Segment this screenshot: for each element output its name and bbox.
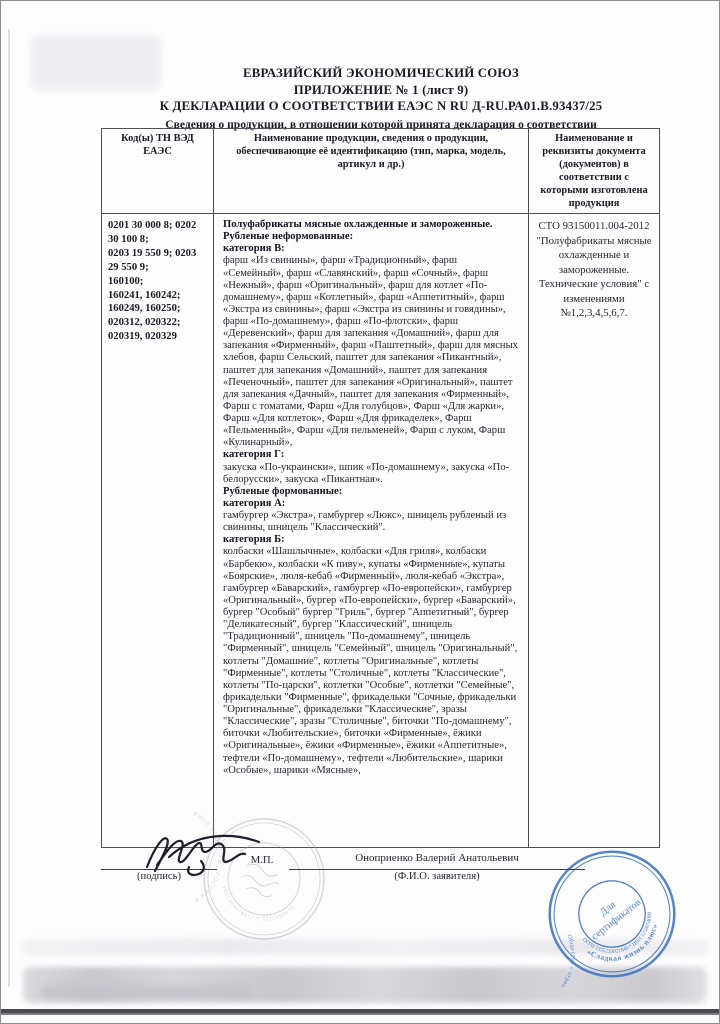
product-text-segment: фарш «Из свинины», фарш «Традиционный», … xyxy=(223,255,520,449)
applicant-line xyxy=(289,869,585,870)
product-text-segment: колбаски «Шашлычные», колбаски «Для грил… xyxy=(223,546,520,776)
document-ref-cell: СТО 93150011.004-2012 "Полуфабрикаты мяс… xyxy=(528,214,659,847)
product-text-segment: категория Б: xyxy=(223,534,520,546)
product-text-segment: категория Г: xyxy=(223,449,520,461)
product-text-segment: категория А: xyxy=(223,498,520,510)
product-text-segment: гамбургер «Экстра», гамбургер «Люкс», шн… xyxy=(223,510,520,534)
product-text-segment: Рубленые формованные: xyxy=(223,486,520,498)
scan-bottom-edge-light xyxy=(1,1013,719,1015)
table-row: 0201 30 000 8; 0202 30 100 8; 0203 19 55… xyxy=(102,214,659,847)
codes-cell: 0201 30 000 8; 0202 30 100 8; 0203 19 55… xyxy=(102,214,213,847)
document-header: ЕВРАЗИЙСКИЙ ЭКОНОМИЧЕСКИЙ СОЮЗ ПРИЛОЖЕНИ… xyxy=(41,65,720,132)
blue-stamp-center-text: Для сертификатов xyxy=(581,886,643,942)
product-cell: Полуфабрикаты мясные охлажденные и замор… xyxy=(213,214,528,847)
table-header-row: Код(ы) ТН ВЭД ЕАЭС Наименование продукци… xyxy=(102,129,659,214)
applicant-name: Оноприенко Валерий Анатольевич xyxy=(289,852,585,864)
product-table: Код(ы) ТН ВЭД ЕАЭС Наименование продукци… xyxy=(101,128,660,848)
header-product: Наименование продукции, сведения о проду… xyxy=(213,129,528,214)
product-text-segment: закуска «По-украински», шпик «По-домашне… xyxy=(223,462,520,486)
scanned-declaration-page: ЕВРАЗИЙСКИЙ ЭКОНОМИЧЕСКИЙ СОЮЗ ПРИЛОЖЕНИ… xyxy=(0,0,720,1024)
union-title: ЕВРАЗИЙСКИЙ ЭКОНОМИЧЕСКИЙ СОЮЗ xyxy=(41,65,720,82)
handwritten-signature xyxy=(139,827,271,885)
header-document: Наименование и реквизиты документа (доку… xyxy=(528,129,659,214)
scan-smudge-band xyxy=(41,985,251,999)
applicant-caption: (Ф.И.О. заявителя) xyxy=(289,871,585,882)
scan-edge-shadow xyxy=(8,29,10,987)
header-codes: Код(ы) ТН ВЭД ЕАЭС xyxy=(102,129,213,214)
product-text-segment: Рубленые неформованные: xyxy=(223,231,520,243)
svg-text:сертификатов: сертификатов xyxy=(590,897,644,942)
declaration-number: К ДЕКЛАРАЦИИ О СООТВЕТСТВИИ ЕАЭС N RU Д-… xyxy=(41,98,720,115)
product-text-segment: Полуфабрикаты мясные охлажденные и замор… xyxy=(223,219,520,231)
product-text-segment: категория В: xyxy=(223,243,520,255)
appendix-title: ПРИЛОЖЕНИЕ № 1 (лист 9) xyxy=(41,82,720,99)
